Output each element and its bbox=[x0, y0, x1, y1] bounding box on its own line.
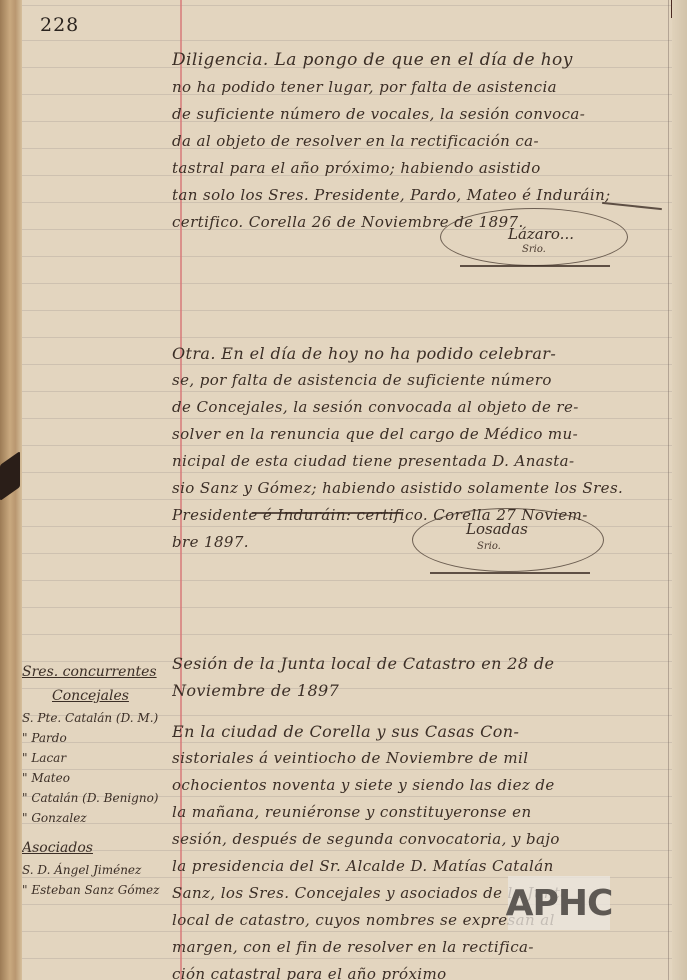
entry-line: En la ciudad de Corella y sus Casas Con- bbox=[172, 718, 672, 745]
signature-title: Srio. bbox=[522, 244, 546, 255]
attendee-item: " Pardo bbox=[22, 728, 162, 748]
entry-line: no ha podido tener lugar, por falta de a… bbox=[172, 74, 672, 101]
entry-line: tan solo los Sres. Presidente, Pardo, Ma… bbox=[172, 182, 672, 209]
attendee-item: " Lacar bbox=[22, 748, 162, 768]
entry-line: de Concejales, la sesión convocada al ob… bbox=[172, 394, 672, 421]
asociados-heading: Asociados bbox=[22, 836, 162, 860]
attendee-item: " Mateo bbox=[22, 768, 162, 788]
closing-flourish bbox=[252, 512, 402, 514]
entry-line: margen, con el fin de resolver en la rec… bbox=[172, 934, 672, 961]
entry-otra: Otra. En el día de hoy no ha podido cele… bbox=[172, 340, 672, 556]
ledger-page: 228 Diligencia. La pongo de que en el dí… bbox=[22, 0, 687, 980]
margin-note-attendees: Sres. concurrentes Concejales S. Pte. Ca… bbox=[22, 660, 162, 900]
attendee-item: " Catalán (D. Benigno) bbox=[22, 788, 162, 808]
attendee-item: S. Pte. Catalán (D. M.) bbox=[22, 708, 162, 728]
entry-line: solver en la renuncia que del cargo de M… bbox=[172, 421, 672, 448]
entry-line: ción catastral para el año próximo bbox=[172, 961, 672, 980]
attendee-item: " Esteban Sanz Gómez bbox=[22, 880, 162, 900]
signature-oval bbox=[412, 508, 604, 572]
signature-underline bbox=[460, 265, 610, 267]
signature-name: Lázaro... bbox=[508, 225, 574, 243]
session-title-line: Noviembre de 1897 bbox=[172, 677, 672, 704]
entry-line: de suficiente número de vocales, la sesi… bbox=[172, 101, 672, 128]
spacer bbox=[172, 704, 672, 718]
entry-line: la mañana, reuniéronse y constituyeronse… bbox=[172, 799, 672, 826]
entry-line: sio Sanz y Gómez; habiendo asistido sola… bbox=[172, 475, 672, 502]
entry-sesion: Sesión de la Junta local de Catastro en … bbox=[172, 650, 672, 980]
entry-line: Otra. En el día de hoy no ha podido cele… bbox=[172, 340, 672, 367]
attendee-item: " Gonzalez bbox=[22, 808, 162, 828]
archive-watermark-logo: APHC bbox=[508, 876, 610, 930]
entry-diligencia: Diligencia. La pongo de que en el día de… bbox=[172, 47, 672, 236]
page-number: 228 bbox=[40, 14, 79, 36]
entry-line: se, por falta de asistencia de suficient… bbox=[172, 367, 672, 394]
attendee-item: S. D. Ángel Jiménez bbox=[22, 860, 162, 880]
page-edge bbox=[672, 0, 687, 980]
entry-line: tastral para el año próximo; habiendo as… bbox=[172, 155, 672, 182]
entry-line: sistoriales á veintiocho de Noviembre de… bbox=[172, 745, 672, 772]
entry-line: Diligencia. La pongo de que en el día de… bbox=[172, 47, 672, 74]
signature-underline bbox=[430, 572, 590, 574]
concejales-heading: Concejales bbox=[22, 684, 162, 708]
entry-line: da al objeto de resolver en la rectifica… bbox=[172, 128, 672, 155]
entry-line: sesión, después de segunda convocatoria,… bbox=[172, 826, 672, 853]
margin-title: Sres. concurrentes bbox=[22, 660, 162, 684]
entry-line: ochocientos noventa y siete y siendo las… bbox=[172, 772, 672, 799]
session-title-line: Sesión de la Junta local de Catastro en … bbox=[172, 650, 672, 677]
signature-title: Srio. bbox=[477, 541, 501, 552]
signature-name: Losadas bbox=[466, 520, 528, 538]
entry-line: nicipal de esta ciudad tiene presentada … bbox=[172, 448, 672, 475]
